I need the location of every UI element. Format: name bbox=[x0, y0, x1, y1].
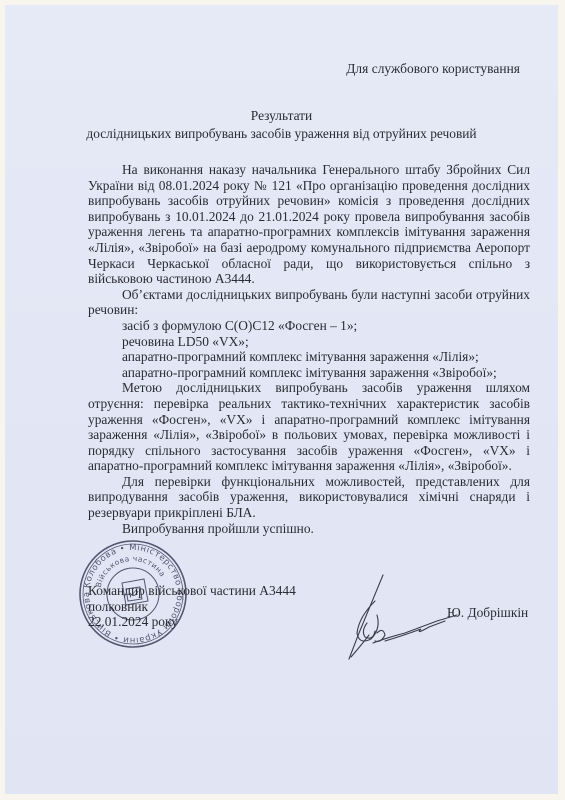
document-page: Для службового користування Результати д… bbox=[5, 5, 558, 794]
paragraph-test-objects: Об’єктами дослідницьких випробувань були… bbox=[88, 287, 530, 318]
paragraph-test-purpose: Метою дослідницьких випробувань засобів … bbox=[88, 380, 530, 474]
signer-name: Ю. Добрішкін bbox=[447, 605, 528, 621]
list-item-vx: речовина LD50 «VX»; bbox=[88, 334, 530, 350]
title-line-2: дослідницьких випробувань засобів уражен… bbox=[5, 125, 558, 143]
title-line-1: Результати bbox=[5, 107, 558, 125]
document-body: На виконання наказу начальника Генеральн… bbox=[88, 162, 530, 536]
paragraph-test-means: Для перевірки функціональних можливостей… bbox=[88, 474, 530, 521]
paragraph-order-reference: На виконання наказу начальника Генеральн… bbox=[88, 162, 530, 287]
signoff-rank: полковник bbox=[88, 599, 296, 615]
signoff-position: Командир військової частини А3444 bbox=[88, 583, 296, 599]
signoff-date: 22.01.2024 року bbox=[88, 614, 296, 630]
list-item-zviroboi: апаратно-програмний комплекс імітування … bbox=[88, 365, 530, 381]
signoff-block: Командир військової частини А3444 полков… bbox=[88, 583, 296, 630]
classification-label: Для службового користування bbox=[346, 61, 520, 77]
document-title: Результати дослідницьких випробувань зас… bbox=[5, 107, 558, 143]
paragraph-result: Випробування пройшли успішно. bbox=[88, 521, 530, 537]
handwritten-signature-icon bbox=[345, 571, 460, 663]
list-item-phosgene: засіб з формулою С(О)С12 «Фосген – 1»; bbox=[88, 318, 530, 334]
list-item-liliya: апаратно-програмний комплекс імітування … bbox=[88, 349, 530, 365]
